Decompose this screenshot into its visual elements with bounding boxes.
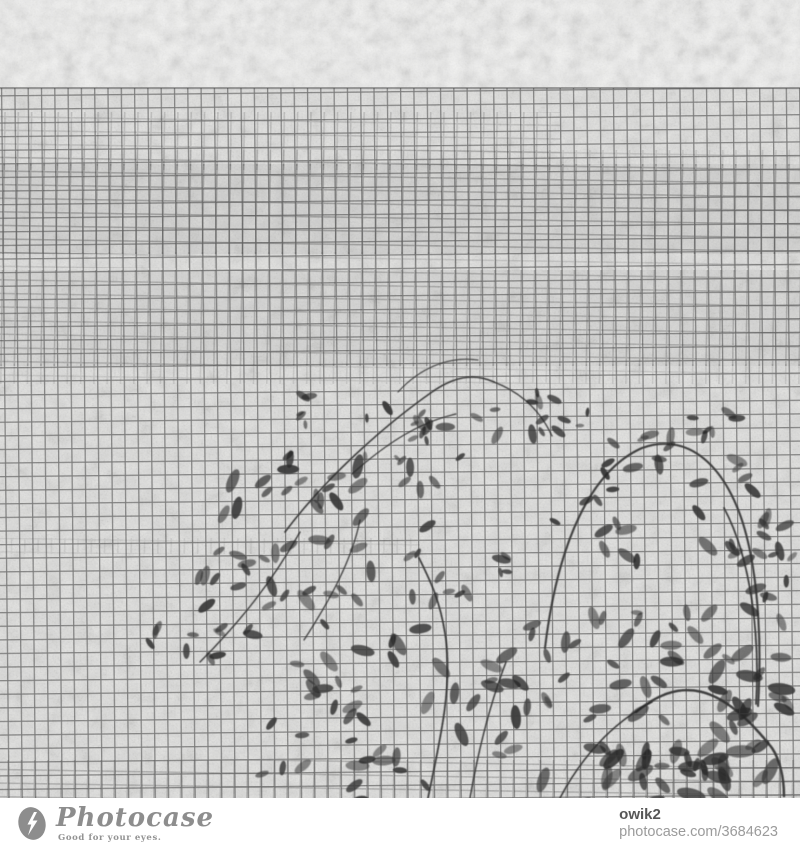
mesh-shadow-band-bottom: [0, 760, 800, 798]
watermark-footer: Photocase Good for your eyes. owik2 phot…: [0, 798, 800, 849]
brand-tagline: Good for your eyes.: [58, 833, 214, 843]
brand-text-column: Photocase Good for your eyes.: [56, 805, 214, 843]
photo: [0, 0, 800, 798]
mesh-shadow-band-2: [0, 270, 800, 384]
wall-top-stucco: [0, 0, 800, 90]
mesh-shadow-band-1: [0, 150, 800, 268]
brand-name: Photocase: [56, 805, 214, 831]
mesh-top-edge: [0, 87, 800, 89]
credit-url: photocase.com/3684623: [619, 824, 778, 841]
photo-credit: owik2 photocase.com/3684623: [619, 806, 778, 841]
photocase-logo-icon: [16, 805, 48, 842]
photo-canvas: [0, 0, 800, 798]
credit-username: owik2: [619, 806, 778, 824]
photocase-brand: Photocase Good for your eyes.: [16, 805, 214, 843]
photocase-preview-page: Photocase Good for your eyes. owik2 phot…: [0, 0, 800, 849]
mesh-shadow-band-3: [0, 538, 420, 554]
